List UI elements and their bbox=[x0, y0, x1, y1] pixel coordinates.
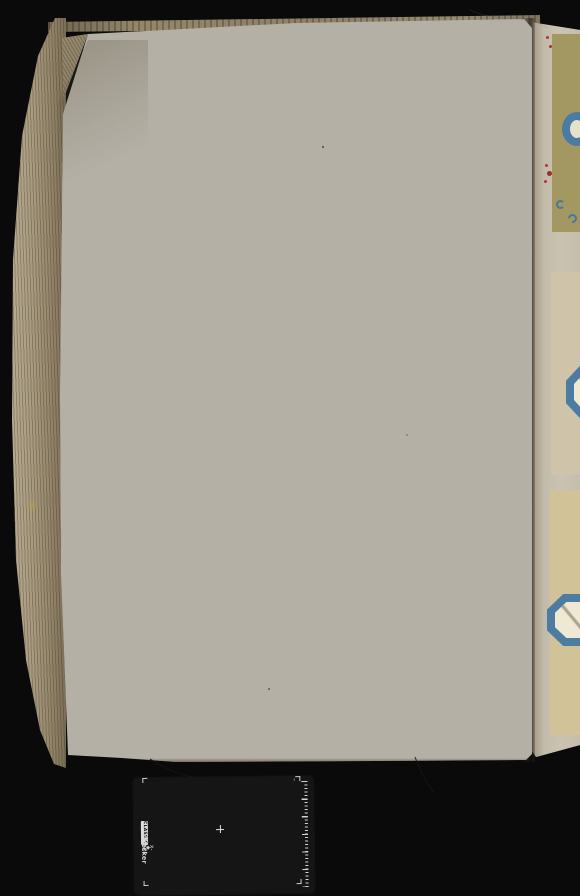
registration-mark bbox=[297, 879, 302, 884]
registration-mark bbox=[142, 778, 147, 783]
color-checker-card: CLASSIC colorchecker ◆x-rite ™ bbox=[133, 776, 314, 895]
archival-photo-scene: CLASSIC colorchecker ◆x-rite ™ bbox=[0, 0, 580, 896]
center-cross-mark bbox=[216, 825, 224, 833]
card-ruler-scale bbox=[300, 781, 308, 887]
registration-mark bbox=[144, 881, 149, 886]
book bbox=[0, 0, 580, 896]
card-side-labels: CLASSIC colorchecker ◆x-rite bbox=[134, 784, 148, 884]
loose-threads bbox=[0, 0, 580, 896]
registration-mark bbox=[295, 776, 300, 781]
stray-fiber bbox=[470, 10, 548, 28]
thread bbox=[415, 757, 433, 792]
